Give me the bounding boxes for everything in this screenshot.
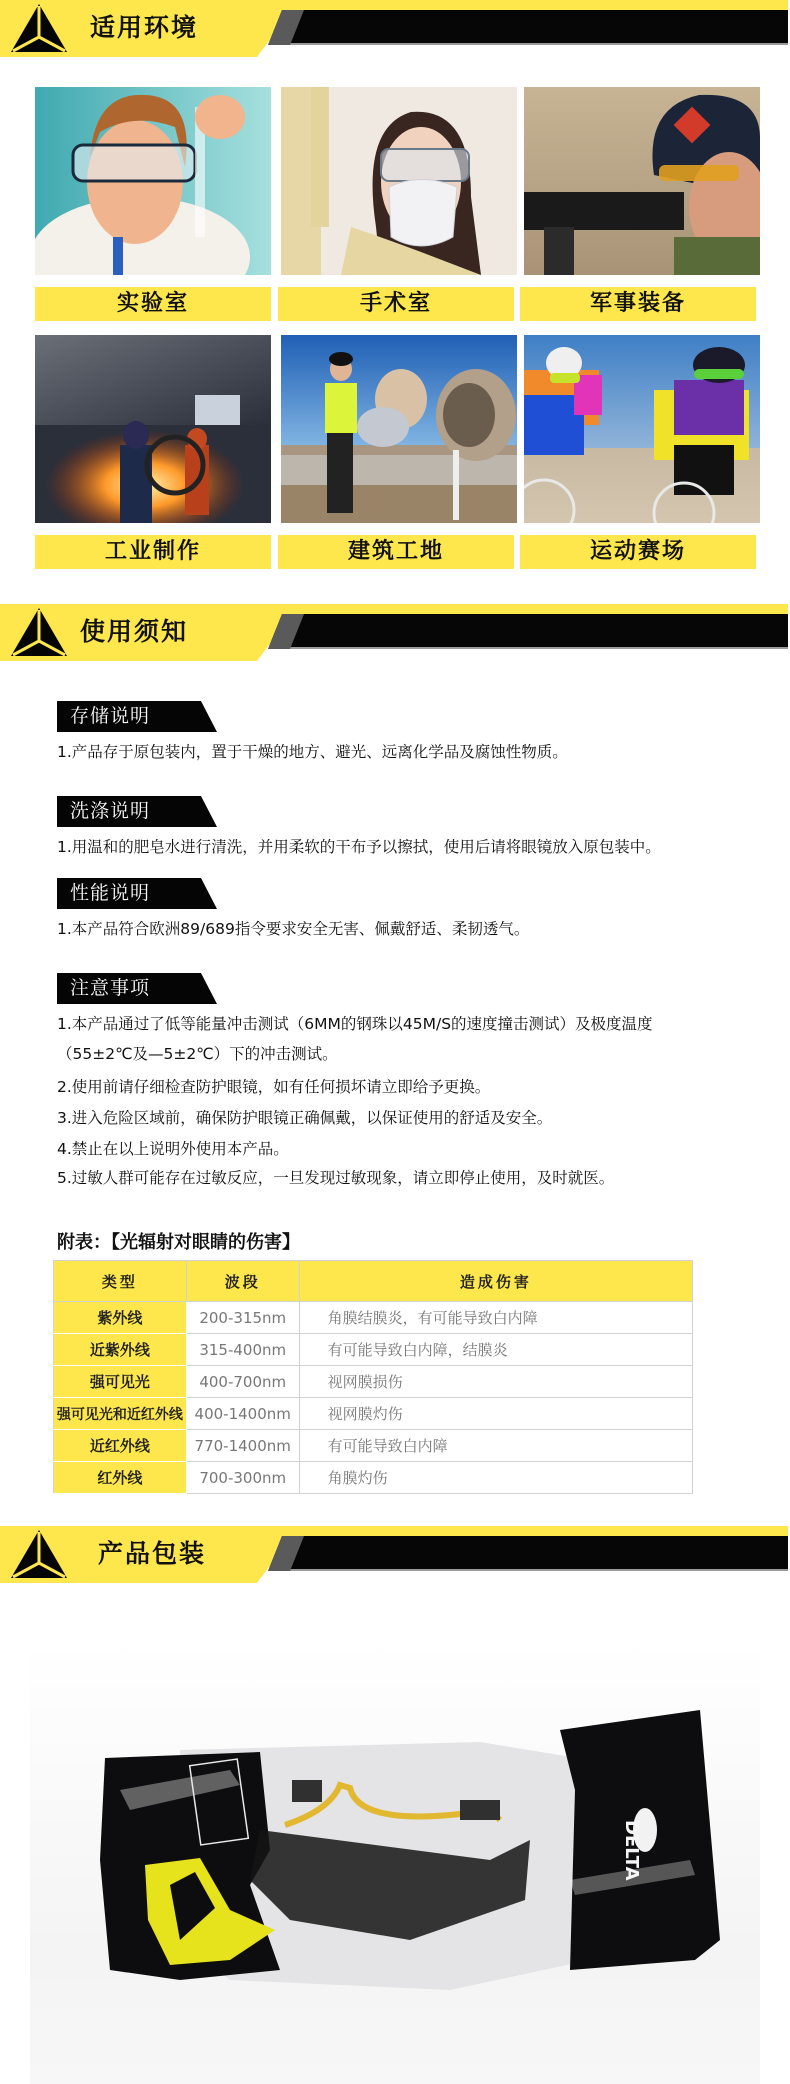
heading-cautions: 注意事项 (57, 973, 217, 1004)
storage-line-1: 1.产品存于原包装内，置于干燥的地方、避光、远离化学品及腐蚀性物质。 (57, 741, 568, 763)
photo-operating-room (281, 87, 517, 275)
heading-cleaning: 洗涤说明 (57, 796, 217, 827)
table-row: 强可见光 400-700nm 视网膜损伤 (54, 1366, 693, 1398)
table-header-row: 类型 波段 造成伤害 (54, 1261, 693, 1302)
cell-type: 近红外线 (54, 1430, 187, 1462)
section-title: 适用环境 (90, 10, 198, 46)
package-photo: DELTA (30, 1640, 760, 2084)
cell-harm: 视网膜损伤 (299, 1366, 692, 1398)
delta-logo-icon (11, 608, 67, 658)
section-header-environment: 适用环境 (0, 0, 790, 58)
col-header-band: 波段 (186, 1261, 299, 1302)
env-label-lab: 实验室 (35, 287, 271, 321)
caution-line-2: 2.使用前请仔细检查防护眼镜，如有任何损坏请立即给予更换。 (57, 1076, 490, 1098)
table-row: 红外线 700-300nm 角膜灼伤 (54, 1462, 693, 1494)
cell-type: 强可见光 (54, 1366, 187, 1398)
table-row: 紫外线 200-315nm 角膜结膜炎，有可能导致白内障 (54, 1302, 693, 1334)
photo-military (524, 87, 760, 275)
heading-storage: 存储说明 (57, 701, 217, 732)
env-label-construction: 建筑工地 (278, 535, 514, 569)
delta-logo-icon (11, 4, 67, 54)
caution-line-1: 1.本产品通过了低等能量冲击测试（6MM的钢珠以45M/S的速度撞击测试）及极度… (57, 1013, 653, 1035)
cell-harm: 有可能导致白内障 (299, 1430, 692, 1462)
appendix-title: 附表：【光辐射对眼睛的伤害】 (57, 1228, 300, 1254)
section-title: 产品包装 (98, 1536, 206, 1572)
photo-lab (35, 87, 271, 275)
heading-performance: 性能说明 (57, 878, 217, 909)
table-row: 近红外线 770-1400nm 有可能导致白内障 (54, 1430, 693, 1462)
caution-line-1-cont: （55±2℃及—5±2℃）下的冲击测试。 (57, 1043, 338, 1065)
cell-type: 紫外线 (54, 1302, 187, 1334)
cell-band: 400-1400nm (186, 1398, 299, 1430)
photo-sports (524, 335, 760, 523)
header-black-bar (268, 614, 788, 649)
cell-band: 400-700nm (186, 1366, 299, 1398)
cell-type: 强可见光和近红外线 (54, 1398, 187, 1430)
cell-harm: 角膜结膜炎，有可能导致白内障 (299, 1302, 692, 1334)
section-header-packaging: 产品包装 (0, 1526, 790, 1584)
cleaning-line-1: 1.用温和的肥皂水进行清洗，并用柔软的干布予以擦拭，使用后请将眼镜放入原包装中。 (57, 836, 661, 858)
photo-industry (35, 335, 271, 523)
photo-construction (281, 335, 517, 523)
cell-band: 315-400nm (186, 1334, 299, 1366)
col-header-harm: 造成伤害 (299, 1261, 692, 1302)
col-header-type: 类型 (54, 1261, 187, 1302)
package-brand: DELTA (621, 1820, 642, 1881)
env-label-sports: 运动赛场 (520, 535, 756, 569)
radiation-damage-table: 类型 波段 造成伤害 紫外线 200-315nm 角膜结膜炎，有可能导致白内障 … (53, 1260, 693, 1494)
section-header-usage: 使用须知 (0, 604, 790, 662)
cell-band: 700-300nm (186, 1462, 299, 1494)
delta-logo-icon (11, 1530, 67, 1580)
env-label-military: 军事装备 (520, 287, 756, 321)
section-title: 使用须知 (80, 614, 188, 650)
caution-line-5: 5.过敏人群可能存在过敏反应，一旦发现过敏现象，请立即停止使用，及时就医。 (57, 1167, 614, 1189)
env-label-industry: 工业制作 (35, 535, 271, 569)
table-row: 强可见光和近红外线 400-1400nm 视网膜灼伤 (54, 1398, 693, 1430)
header-black-bar (268, 1536, 788, 1571)
cell-harm: 有可能导致白内障，结膜炎 (299, 1334, 692, 1366)
cell-band: 770-1400nm (186, 1430, 299, 1462)
caution-line-3: 3.进入危险区域前，确保防护眼镜正确佩戴，以保证使用的舒适及安全。 (57, 1107, 552, 1129)
cell-harm: 角膜灼伤 (299, 1462, 692, 1494)
table-row: 近紫外线 315-400nm 有可能导致白内障，结膜炎 (54, 1334, 693, 1366)
performance-line-1: 1.本产品符合欧洲89/689指令要求安全无害、佩戴舒适、柔韧透气。 (57, 918, 529, 940)
env-label-operating-room: 手术室 (278, 287, 514, 321)
cell-band: 200-315nm (186, 1302, 299, 1334)
header-black-bar (268, 10, 788, 45)
cell-type: 近紫外线 (54, 1334, 187, 1366)
caution-line-4: 4.禁止在以上说明外使用本产品。 (57, 1138, 289, 1160)
cell-harm: 视网膜灼伤 (299, 1398, 692, 1430)
cell-type: 红外线 (54, 1462, 187, 1494)
